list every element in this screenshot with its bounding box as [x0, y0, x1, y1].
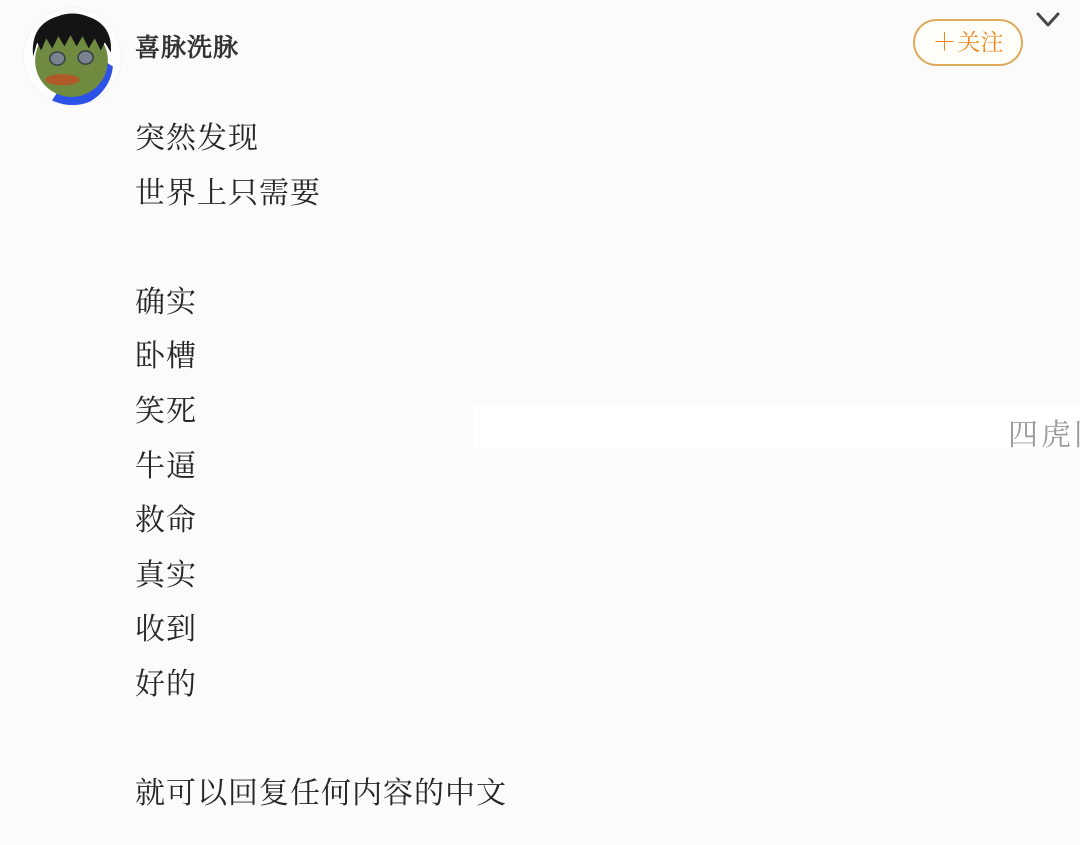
post-text: 突然发现 世界上只需要 确实 卧槽 笑死 牛逼 救命 真实 收到 好的 就可以回…	[135, 112, 915, 822]
post-card: 喜脉洗脉 ＋ 关注 突然发现 世界上只需要 确实 卧槽 笑死 牛逼 救命 真实 …	[0, 0, 1080, 845]
watermark-strip: 四虎网	[473, 405, 1080, 448]
watermark-text: 四虎网	[1008, 410, 1080, 454]
plus-icon: ＋	[933, 31, 957, 55]
username[interactable]: 喜脉洗脉	[135, 28, 239, 64]
avatar[interactable]	[24, 8, 121, 105]
follow-button[interactable]: ＋ 关注	[913, 19, 1023, 66]
chevron-down-glyph	[1034, 10, 1062, 30]
follow-button-label: 关注	[958, 31, 1004, 54]
chevron-down-icon[interactable]	[1031, 4, 1065, 36]
frog-avatar-image	[24, 8, 121, 105]
